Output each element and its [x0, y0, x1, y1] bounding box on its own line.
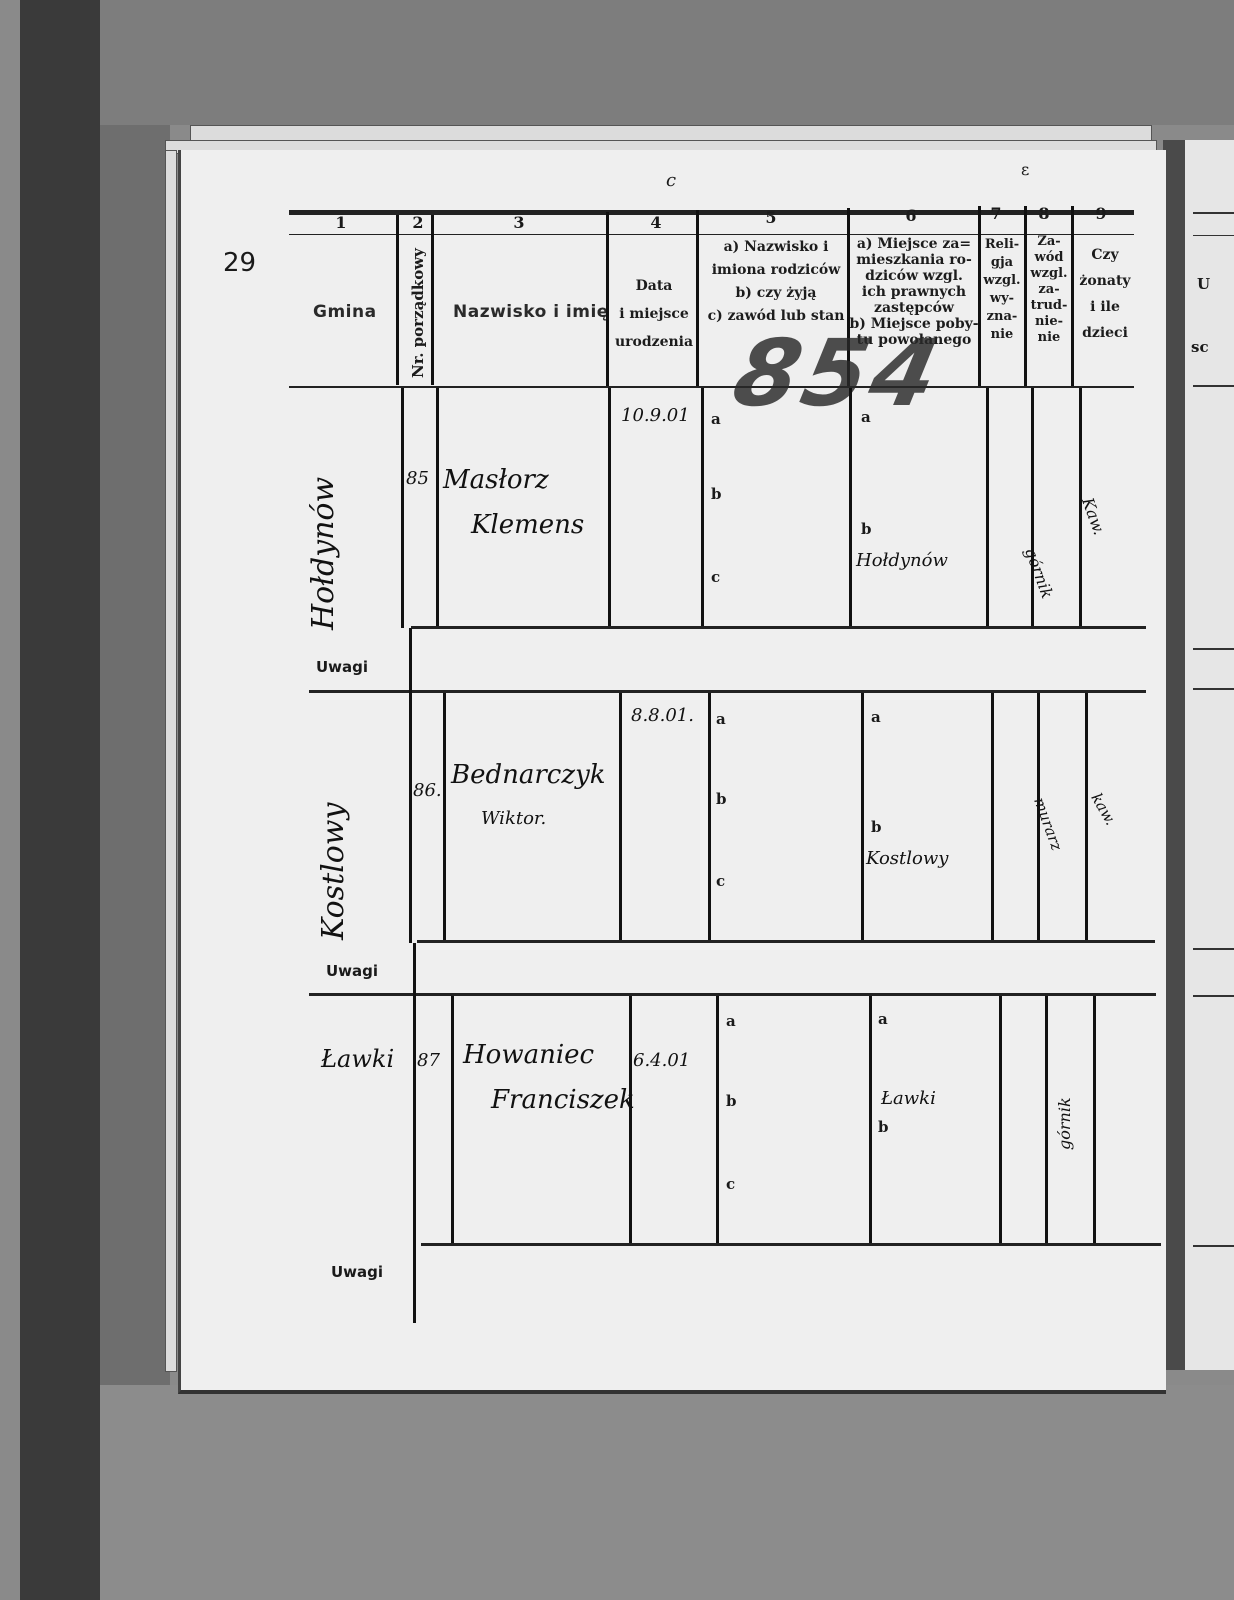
sub-label-b: b — [871, 818, 882, 836]
page-stack-edge — [190, 125, 1152, 141]
sub-label-a: a — [861, 408, 871, 426]
sub-label-b: b — [878, 1118, 889, 1136]
entry-marital: kaw. — [1087, 790, 1120, 828]
column-number: 1 — [321, 213, 361, 232]
header-occupation: Za- wód wzgl. za- trud- nie- nie — [1026, 234, 1072, 346]
remarks-label: Uwagi — [326, 962, 378, 980]
sub-label-a: a — [871, 708, 881, 726]
sub-label-c: c — [726, 1175, 735, 1193]
facing-page-text: U — [1197, 275, 1210, 293]
sub-label-b: b — [711, 485, 722, 503]
entry-number: 86. — [413, 780, 442, 801]
entry-given-name: Wiktor. — [481, 808, 546, 829]
header-number-rule — [289, 234, 1134, 235]
scan-background-top — [100, 0, 1234, 125]
header-nr-porzadkowy: Nr. porządkowy — [409, 248, 427, 378]
entry-gmina: Ławki — [321, 1045, 394, 1073]
entry-occupation: górnik — [1055, 1097, 1074, 1150]
header-birth-date-place: Data i miejsce urodzenia — [609, 272, 699, 356]
entry-residence: Kostlowy — [866, 848, 948, 869]
remarks-label: Uwagi — [316, 658, 368, 676]
column-number: 7 — [981, 204, 1011, 223]
header-parents: a) Nazwisko i imiona rodziców b) czy żyj… — [701, 236, 851, 328]
entry-given-name: Klemens — [471, 510, 584, 540]
sub-label-c: c — [716, 872, 725, 890]
column-number: 6 — [891, 206, 931, 225]
scan-background-shadow — [100, 0, 170, 1600]
entry-birth-date: 6.4.01 — [633, 1050, 690, 1071]
entry-birth-date: 8.8.01. — [631, 705, 694, 726]
sub-label-b: b — [716, 790, 727, 808]
entry-number: 87 — [417, 1050, 440, 1071]
scan-background-bottom — [100, 1385, 1234, 1600]
column-number: 9 — [1086, 204, 1116, 223]
sub-label-a: a — [716, 710, 726, 728]
header-marital-status: Czy żonaty i ile dzieci — [1074, 242, 1136, 346]
header-bottom-rule — [289, 386, 1134, 388]
column-number: 8 — [1029, 204, 1059, 223]
entry-residence: Ławki — [881, 1088, 936, 1109]
entry-marital: Kaw. — [1078, 495, 1109, 538]
facing-page-fragment: U sc — [1185, 140, 1234, 1370]
pencil-mark: c — [666, 170, 676, 191]
sub-label-a: a — [878, 1010, 888, 1028]
entry-surname: Masłorz — [443, 465, 549, 495]
sub-label-a: a — [711, 410, 721, 428]
remarks-label: Uwagi — [331, 1263, 383, 1281]
entry-surname: Bednarczyk — [451, 760, 606, 790]
column-number: 5 — [751, 208, 791, 227]
sub-label-b: b — [861, 520, 872, 538]
entry-number: 85 — [406, 468, 429, 489]
entry-given-name: Franciszek — [491, 1085, 635, 1115]
column-number: 3 — [499, 213, 539, 232]
book-spine — [1163, 140, 1185, 1370]
register-page: 29 c ε 1 2 3 4 5 6 7 8 9 Gmina Nr. porzą… — [178, 150, 1166, 1394]
entry-surname: Howaniec — [463, 1040, 594, 1070]
sub-label-c: c — [711, 568, 720, 586]
page-stack-edge — [165, 150, 177, 1372]
column-number: 4 — [636, 213, 676, 232]
header-nazwisko-imie: Nazwisko i imię — [453, 302, 609, 322]
header-religion: Reli- gja wzgl. wy- zna- nie — [981, 236, 1023, 344]
archive-stamp-number: 854 — [725, 320, 952, 427]
scan-background-dark-band — [20, 0, 100, 1600]
page-number: 29 — [223, 248, 256, 278]
column-number: 2 — [403, 213, 433, 232]
entry-occupation: górnik — [1021, 545, 1057, 601]
pencil-mark: ε — [1021, 160, 1029, 179]
entry-gmina: Hołdynów — [306, 477, 341, 630]
header-gmina: Gmina — [313, 302, 377, 322]
entry-birth-date: 10.9.01 — [621, 405, 690, 426]
entry-occupation: murarz — [1030, 795, 1066, 853]
facing-page-text: sc — [1191, 338, 1209, 356]
sub-label-a: a — [726, 1012, 736, 1030]
entry-gmina: Kostlowy — [316, 803, 351, 940]
sub-label-b: b — [726, 1092, 737, 1110]
entry-residence: Hołdynów — [856, 550, 948, 571]
